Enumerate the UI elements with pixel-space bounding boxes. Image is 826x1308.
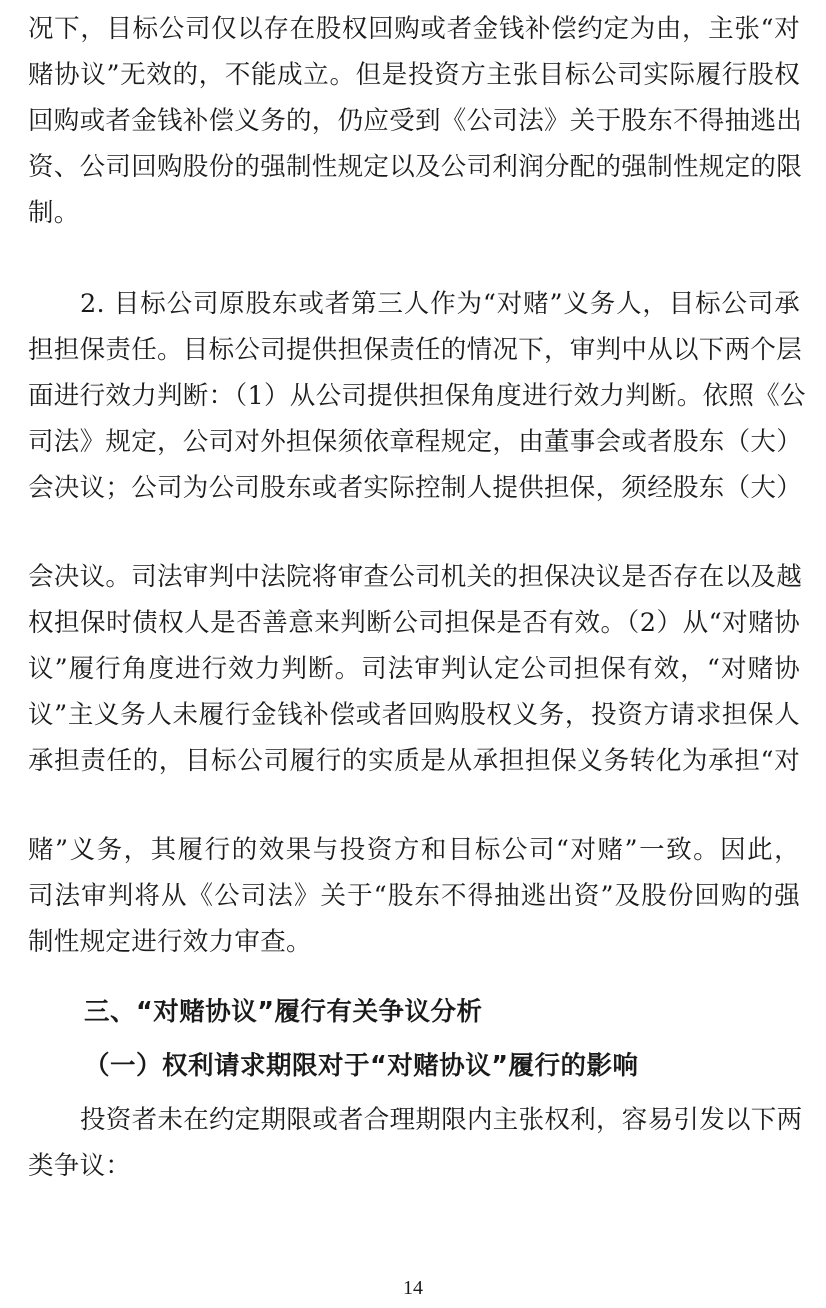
text-line: 制性规定进行效力审查。 <box>28 919 800 965</box>
text-line: 担担保责任。目标公司提供担保责任的情况下，审判中从以下两个层 <box>28 327 800 373</box>
text-line: 面进行效力判断：（1）从公司提供担保角度进行效力判断。依照《公 <box>28 373 800 419</box>
text-line: 回购或者金钱补偿义务的，仍应受到《公司法》关于股东不得抽逃出 <box>28 98 800 144</box>
text-line: 司法》规定，公司对外担保须依章程规定，由董事会或者股东（大） <box>28 419 800 465</box>
text-line: 2. 目标公司原股东或者第三人作为“对赌”义务人，目标公司承 <box>80 281 800 327</box>
text-line: 况下，目标公司仅以存在股权回购或者金钱补偿约定为由，主张“对 <box>28 6 800 52</box>
text-line: 赌协议”无效的，不能成立。但是投资方主张目标公司实际履行股权 <box>28 52 800 98</box>
document-page: 况下，目标公司仅以存在股权回购或者金钱补偿约定为由，主张“对 赌协议”无效的，不… <box>0 0 826 1308</box>
text-line: 制。 <box>28 190 800 236</box>
text-line: 议”履行角度进行效力判断。司法审判认定公司担保有效，“对赌协 <box>28 646 800 692</box>
text-line: 类争议： <box>28 1143 800 1189</box>
subsection-heading: （一）权利请求期限对于“对赌协议”履行的影响 <box>84 1043 639 1089</box>
text-line: 权担保时债权人是否善意来判断公司担保是否有效。（2）从“对赌协 <box>28 600 800 646</box>
text-line: 议”主义务人未履行金钱补偿或者回购股权义务，投资方请求担保人 <box>28 692 800 738</box>
text-line: 承担责任的，目标公司履行的实质是从承担担保义务转化为承担“对 <box>28 738 800 784</box>
text-line: 赌”义务，其履行的效果与投资方和目标公司“对赌”一致。因此， <box>28 827 800 873</box>
page-number: 14 <box>0 1276 826 1300</box>
text-line: 司法审判将从《公司法》关于“股东不得抽逃出资”及股份回购的强 <box>28 873 800 919</box>
text-line: 投资者未在约定期限或者合理期限内主张权利，容易引发以下两 <box>80 1097 800 1143</box>
section-heading: 三、“对赌协议”履行有关争议分析 <box>84 989 483 1035</box>
text-line: 资、公司回购股份的强制性规定以及公司利润分配的强制性规定的限 <box>28 144 800 190</box>
text-line: 会决议；公司为公司股东或者实际控制人提供担保，须经股东（大） <box>28 465 800 511</box>
text-line: 会决议。司法审判中法院将审查公司机关的担保决议是否存在以及越 <box>28 554 800 600</box>
